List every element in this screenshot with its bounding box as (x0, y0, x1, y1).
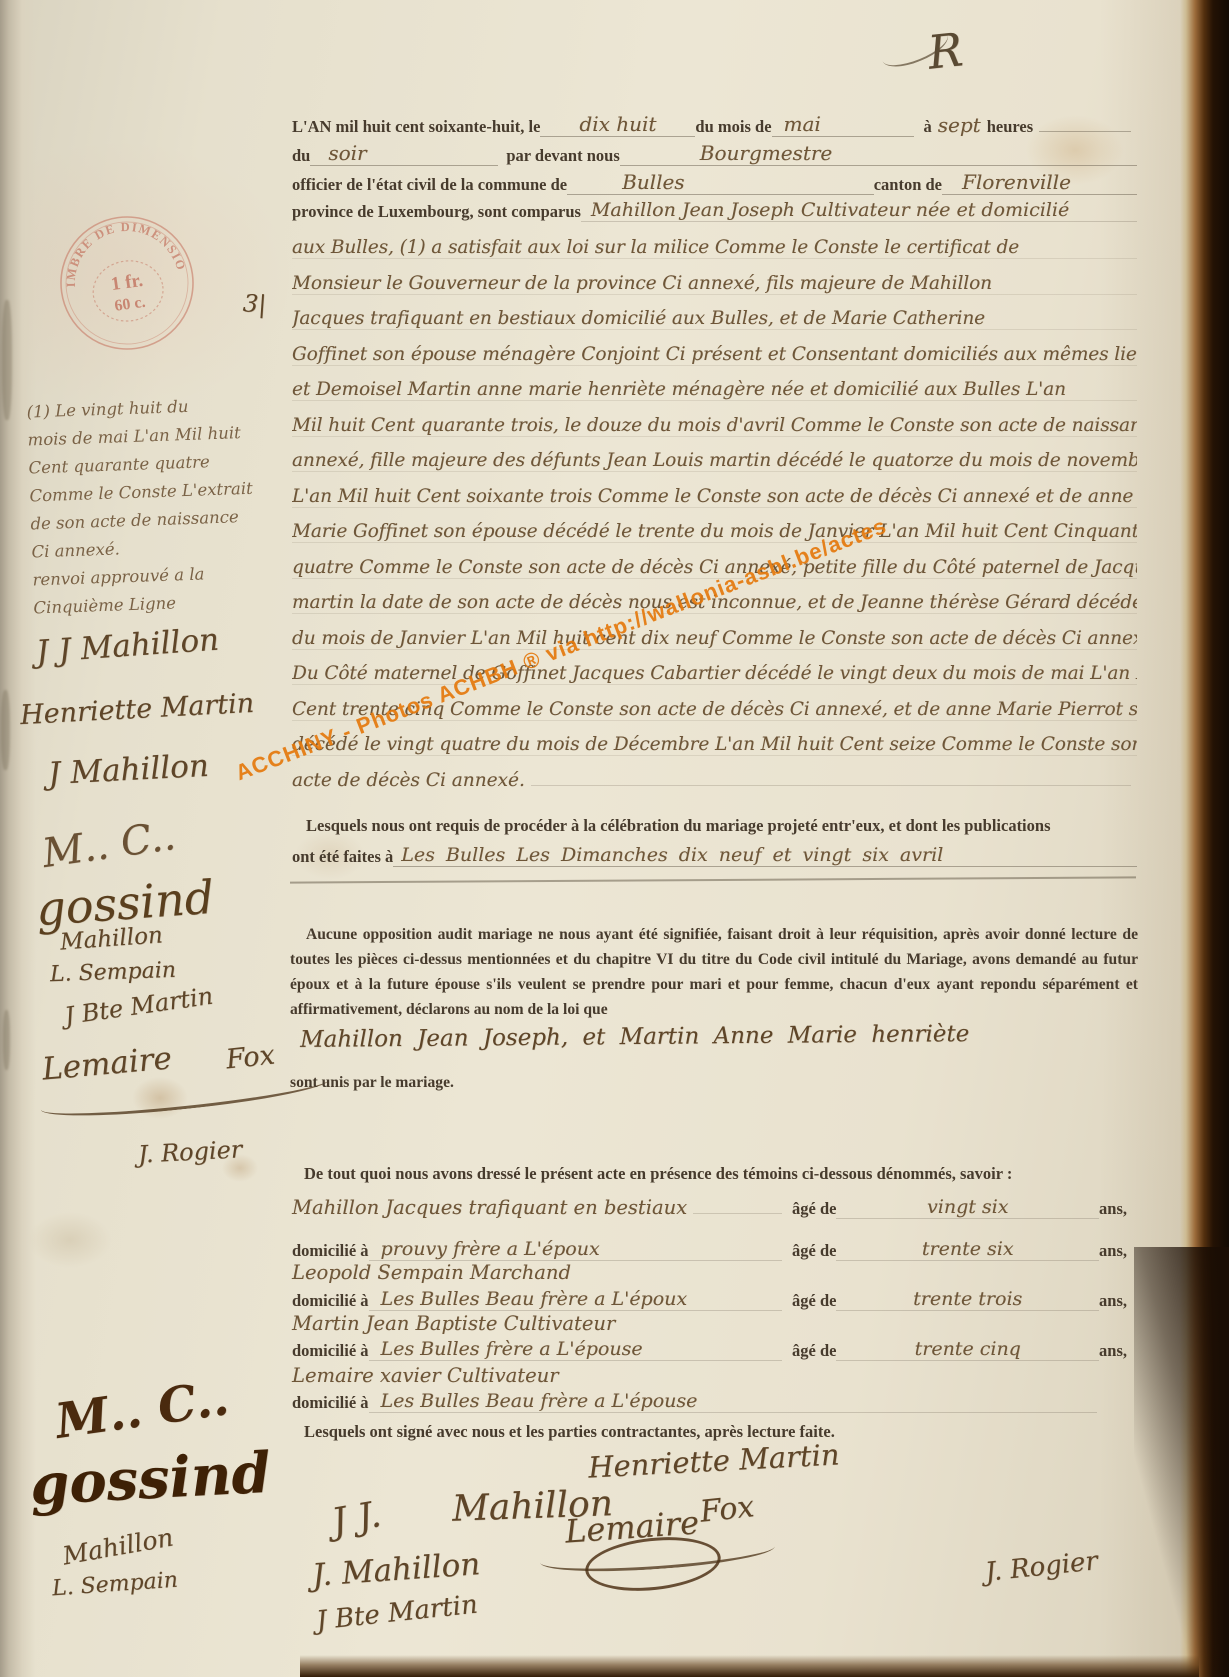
margin-signature: Lemaire (41, 1040, 174, 1087)
witness-row-name-1: Mahillon Jacques trafiquant en bestiaux … (292, 1196, 1137, 1219)
margin-signature: M.. C.. (39, 813, 178, 877)
bottom-right-shadow (1134, 1247, 1229, 1677)
act-line-1: L'AN mil huit cent soixante-huit, le dix… (292, 112, 1137, 137)
margin-signature: J Bte Martin (63, 982, 215, 1031)
signature-rogier: J. Rogier (984, 1546, 1099, 1588)
act-body-line: décédé le vingt quatre du mois de Décemb… (292, 734, 1137, 756)
margin-signature: Fox (225, 1040, 277, 1076)
printed-text: du mois de (695, 117, 771, 137)
act-body-line: Du Côté maternel de Goffinet Jacques Cab… (292, 663, 1137, 685)
printed-text: âgé de (792, 1199, 836, 1219)
handwritten-age: vingt six (836, 1196, 1099, 1219)
act-line-3: officier de l'état civil de la commune d… (292, 170, 1137, 195)
handwritten-domicile: prouvy frère a L'époux (369, 1238, 782, 1261)
handwritten-hour: sept (932, 113, 987, 137)
timbre-de-dimension-stamp: TIMBRE DE DIMENSION 1 fr. 60 c. (47, 203, 207, 363)
margin-signature: M.. C.. (52, 1370, 232, 1450)
act-body-line: Marie Goffinet son épouse décédé le tren… (292, 521, 1137, 543)
publications-line-2: ont été faites à Les Bulles Les Dimanche… (292, 844, 1137, 867)
printed-text: province de Luxembourg, sont comparus (292, 202, 581, 222)
age-group: âgé de trente six ans, (792, 1238, 1127, 1261)
margin-signature: J J Mahillon (35, 622, 220, 671)
signing-statement: Lesquels ont signé avec nous et les part… (292, 1422, 1137, 1442)
signature-fox: Fox (698, 1489, 756, 1529)
margin-signature: Henriette Martin (19, 688, 255, 731)
edge-ink-mark (1, 690, 10, 770)
printed-text: par devant nous (498, 146, 619, 166)
act-body-line: et Demoisel Martin anne marie henriète m… (292, 379, 1137, 401)
margin-signature: L. Sempain (51, 1568, 178, 1602)
handwritten-domicile: Les Bulles Beau frère a L'époux (369, 1288, 782, 1311)
marriage-act-scan: R TIMBRE DE DIMENSION 1 fr. 60 c. 3| (1)… (0, 0, 1229, 1677)
printed-text: ans, (1099, 1241, 1127, 1261)
printed-text: Lesquels ont signé avec nous et les part… (292, 1422, 835, 1442)
handwritten-groom: Mahillon Jean Joseph Cultivateur née et … (581, 199, 1137, 222)
act-body-line: annexé, fille majeure des défunts Jean L… (292, 450, 1137, 472)
act-body-line: du mois de Janvier L'an Mil huit cent di… (292, 628, 1137, 650)
printed-text: à (914, 117, 932, 137)
act-body-line: aux Bulles, (1) a satisfait aux loi sur … (292, 237, 1137, 259)
age-group: âgé de trente trois ans, (792, 1288, 1127, 1311)
margin-act-number: 3| (242, 289, 267, 319)
printed-text: ont été faites à (292, 847, 393, 867)
handwritten-canton: Florenville (942, 170, 1137, 195)
handwritten-domicile: Les Bulles Beau frère a L'épouse (369, 1390, 1097, 1413)
handwritten-commune: Bulles (567, 170, 874, 195)
witness-row-name-4: Lemaire xavier Cultivateur (292, 1364, 1137, 1387)
printed-text: âgé de (792, 1291, 836, 1311)
printed-text: âgé de (792, 1341, 836, 1361)
handwritten-officiant: Bourgmestre (620, 141, 1137, 166)
handwritten-month: mai (772, 112, 914, 137)
handwritten-spouses-names: Mahillon Jean Joseph, et Martin Anne Mar… (300, 1021, 970, 1053)
handwritten-age: trente cinq (836, 1338, 1099, 1361)
handwritten-text: acte de décès Ci annexé. (292, 770, 525, 791)
union-statement: sont unis par le mariage. (290, 1070, 690, 1095)
printed-text: domicilié à (292, 1393, 369, 1413)
printed-text: du (292, 146, 310, 166)
signature-bride: Henriette Martin (587, 1437, 840, 1484)
stamp-value-centimes: 60 c. (113, 294, 146, 315)
witness-row-name-2: Leopold Sempain Marchand (292, 1261, 1137, 1284)
printed-text: Lesquels nous ont requis de procéder à l… (292, 816, 1051, 836)
edge-ink-mark (2, 300, 12, 420)
printed-text: ans, (1099, 1341, 1127, 1361)
witness-row-domicile-2: domicilié à Les Bulles Beau frère a L'ép… (292, 1288, 1137, 1311)
age-group: âgé de vingt six ans, (792, 1196, 1127, 1219)
printed-text: domicilié à (292, 1291, 369, 1311)
act-body-last-line: acte de décès Ci annexé. (292, 770, 1137, 791)
age-group: âgé de trente cinq ans, (792, 1338, 1127, 1361)
signature-j-mahillon: J. Mahillon (311, 1546, 481, 1594)
act-line-4: province de Luxembourg, sont comparus Ma… (292, 199, 1137, 222)
printed-text: ans, (1099, 1291, 1127, 1311)
handwritten-daypart: soir (310, 141, 498, 166)
witness-row-domicile-3: domicilié à Les Bulles frère a L'épouse … (292, 1338, 1137, 1361)
opposition-paragraph: Aucune opposition audit mariage ne nous … (290, 922, 1138, 1022)
printed-text: heures (987, 117, 1033, 137)
margin-signature: J. Rogier (137, 1135, 243, 1168)
handwritten-witness-name: Martin Jean Baptiste Cultivateur (292, 1312, 615, 1335)
marginal-note: (1) Le vingt huit du mois de mai L'an Mi… (26, 390, 292, 623)
margin-signature: J Mahillon (47, 748, 210, 792)
act-body-line: Monsieur le Gouverneur de la province Ci… (292, 273, 1137, 295)
witnesses-intro: De tout quoi nous avons dressé le présen… (292, 1164, 1137, 1184)
witness-row-domicile-1: domicilié à prouvy frère a L'époux âgé d… (292, 1238, 1137, 1261)
act-body-line: Jacques trafiquant en bestiaux domicilié… (292, 308, 1137, 330)
handwritten-publications: Les Bulles Les Dimanches dix neuf et vin… (393, 844, 1137, 867)
handwritten-witness-name: Leopold Sempain Marchand (292, 1261, 571, 1284)
publications-line-1: Lesquels nous ont requis de procéder à l… (292, 816, 1137, 836)
printed-text: canton de (874, 175, 942, 195)
printed-text: âgé de (792, 1241, 836, 1261)
act-body-line: Goffinet son épouse ménagère Conjoint Ci… (292, 344, 1137, 366)
printed-text: domicilié à (292, 1341, 369, 1361)
signature-initials: J J. (329, 1494, 384, 1543)
printed-text: L'AN mil huit cent soixante-huit, le (292, 117, 540, 137)
edge-ink-mark (3, 1010, 10, 1070)
margin-signature: gossind (28, 1440, 272, 1519)
margin-signature: Mahillon (60, 1523, 175, 1571)
printed-text: ans, (1099, 1199, 1127, 1219)
bottom-page-edge (300, 1655, 1199, 1677)
signature-jbte-martin: J Bte Martin (315, 1590, 479, 1637)
margin-signature: L. Sempain (50, 958, 177, 987)
handwritten-witness-name: Lemaire xavier Cultivateur (292, 1364, 559, 1387)
section-divider-rule (290, 876, 1136, 883)
stamp-value-francs: 1 fr. (110, 270, 145, 295)
witness-row-name-3: Martin Jean Baptiste Cultivateur (292, 1312, 1137, 1335)
witness-row-domicile-4: domicilié à Les Bulles Beau frère a L'ép… (292, 1390, 1137, 1413)
blank-rule (693, 1211, 782, 1214)
act-body-line: Mil huit Cent quarante trois, le douze d… (292, 415, 1137, 437)
handwritten-age: trente six (836, 1238, 1099, 1261)
blank-rule (531, 783, 1131, 786)
handwritten-day: dix huit (540, 112, 695, 137)
act-body-line: L'an Mil huit Cent soixante trois Comme … (292, 486, 1137, 508)
blank-rule (1039, 129, 1131, 132)
handwritten-age: trente trois (836, 1288, 1099, 1311)
printed-text: De tout quoi nous avons dressé le présen… (292, 1164, 1012, 1184)
printed-text: officier de l'état civil de la commune d… (292, 175, 567, 195)
handwritten-domicile: Les Bulles frère a L'épouse (369, 1338, 782, 1361)
left-page-edge (0, 0, 36, 1677)
printed-text: domicilié à (292, 1241, 369, 1261)
handwritten-witness-name: Mahillon Jacques trafiquant en bestiaux (292, 1196, 687, 1219)
act-line-2: du soir par devant nous Bourgmestre (292, 141, 1137, 166)
